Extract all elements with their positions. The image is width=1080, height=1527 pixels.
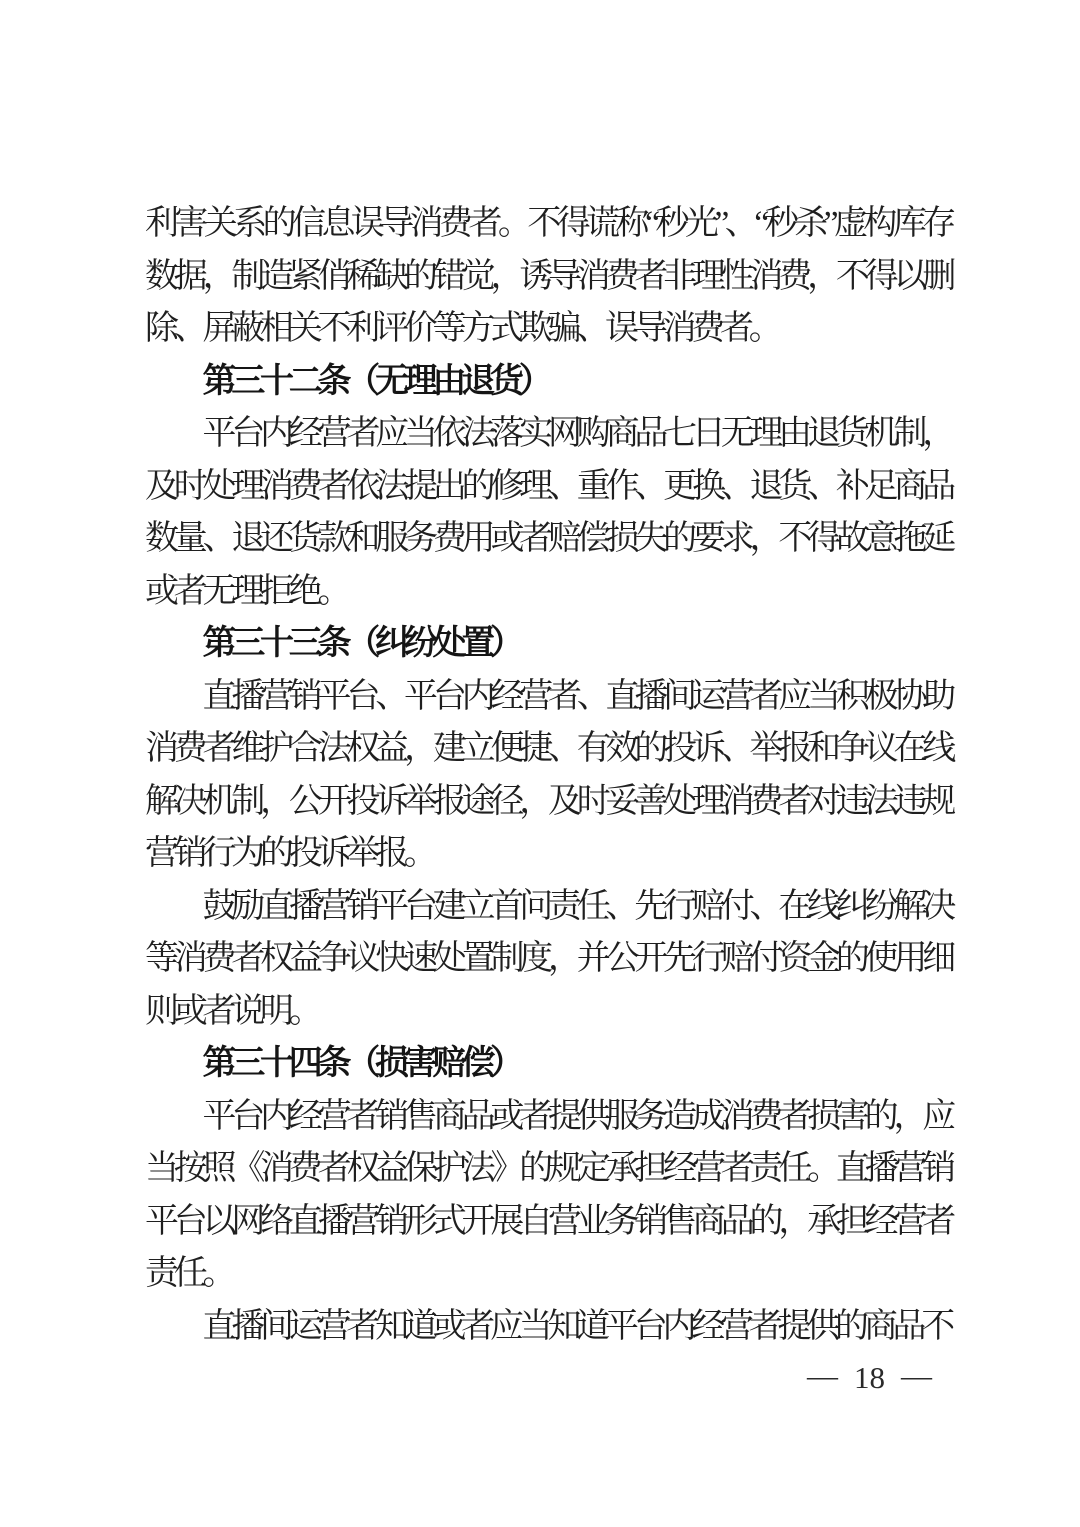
- article-32-heading: 第三十二条（无理由退货）: [145, 356, 951, 409]
- article-33-paragraph-1: 直播营销平台、平台内经营者、直播间运营者应当积极协助消费者维护合法权益，建立便捷…: [145, 671, 951, 881]
- article-34-paragraph-2: 直播间运营者知道或者应当知道平台内经营者提供的商品不: [145, 1301, 951, 1354]
- article-34-heading: 第三十四条（损害赔偿）: [145, 1038, 951, 1091]
- footer-dash-left: —: [807, 1358, 838, 1394]
- article-34-paragraph-1: 平台内经营者销售商品或者提供服务造成消费者损害的，应当按照《消费者权益保护法》的…: [145, 1091, 951, 1301]
- page-footer: — 18 —: [807, 1356, 932, 1400]
- paragraph-continuation: 利害关系的信息误导消费者。不得谎称“秒光”、“秒杀”虚构库存数据，制造紧俏稀缺的…: [145, 198, 951, 356]
- page-number: 18: [854, 1360, 885, 1396]
- document-page: 利害关系的信息误导消费者。不得谎称“秒光”、“秒杀”虚构库存数据，制造紧俏稀缺的…: [0, 0, 1080, 1527]
- article-32-paragraph: 平台内经营者应当依法落实网购商品七日无理由退货机制，及时处理消费者依法提出的修理…: [145, 408, 951, 618]
- footer-dash-right: —: [901, 1358, 932, 1394]
- article-33-paragraph-2: 鼓励直播营销平台建立首问责任、先行赔付、在线纠纷解决等消费者权益争议快速处置制度…: [145, 881, 951, 1039]
- article-33-heading: 第三十三条（纠纷处置）: [145, 618, 951, 671]
- document-body: 利害关系的信息误导消费者。不得谎称“秒光”、“秒杀”虚构库存数据，制造紧俏稀缺的…: [145, 198, 951, 1353]
